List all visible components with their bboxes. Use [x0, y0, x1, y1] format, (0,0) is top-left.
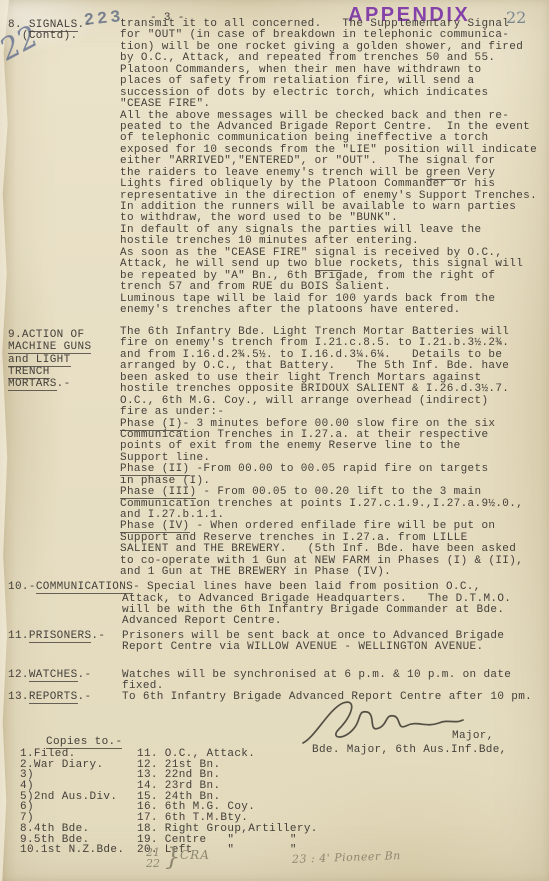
text-line: 10.1st N.Z.Bde. [20, 845, 124, 856]
text-line: MACHINE GUNS [8, 341, 91, 353]
text-line: 2.War Diary. [20, 760, 124, 771]
text-line: Report Centre via WILLOW AVENUE - WELLIN… [122, 642, 504, 653]
text-line: enemy's trenches after the platoons have… [120, 305, 537, 316]
text-line: Advanced Report Centre. [122, 616, 511, 627]
text-line: TRENCH [8, 366, 91, 378]
signature-title: Bde. Major, 6th Aus.Inf.Bde, [312, 744, 507, 756]
section-11-body: Prisoners will be sent back at once to A… [122, 631, 504, 654]
section-9-body: The 6th Infantry Bde. Light Trench Morta… [120, 327, 523, 579]
text-line: 8.4th Bde. [20, 824, 124, 835]
section-12-body: Watches will be synchronised at 6 p.m. &… [122, 670, 511, 693]
text-line: 5)2nd Aus.Div. [20, 792, 124, 803]
text-line: 11.PRISONERS.- [8, 631, 105, 642]
handwritten-22b: 22 [146, 858, 160, 869]
handwritten-brace: } [165, 843, 180, 871]
text-line: Phase (II) -From 00.00 to 00.05 rapid fi… [120, 464, 523, 475]
text-line: Attack, he will send up two blue rockets… [120, 259, 537, 270]
signature-rank: Major, [452, 730, 494, 742]
text-line: 13.REPORTS.- [8, 692, 91, 703]
text-line: Phase (III) - From 00.05 to 00.20 lift t… [120, 487, 523, 498]
text-line: 10.-COMMUNICATIONS- Special lines have b… [8, 582, 481, 593]
copies-left-column: 1.Filed.2.War Diary.3)4)5)2nd Aus.Div.6)… [20, 749, 124, 856]
text-line: hostile trenches opposite BRIDOUX SALIEN… [120, 384, 523, 395]
text-line: (Contd). [8, 31, 91, 42]
text-line: and 1 Gun at THE BREWERY in Phase (IV). [120, 567, 523, 578]
section-10-heading-line: 10.-COMMUNICATIONS- Special lines have b… [8, 582, 481, 593]
section-12-label: 12.WATCHES.- [8, 670, 91, 681]
handwritten-addendum-numbers: 21 22 [146, 847, 160, 869]
text-line: Watches will be synchronised at 6 p.m. &… [122, 670, 511, 681]
section-10-body: Attack, to Advanced Brigade Headquarters… [122, 594, 511, 628]
handwritten-pioneer-note: 23 : 4' Pioneer Bn [292, 849, 401, 866]
text-line: 18. Right Group,Artillery. [137, 824, 318, 835]
text-line: trench 57 and from RUE du BOIS Salient. [120, 282, 537, 293]
copies-heading: Copies to.- [46, 736, 122, 748]
text-line: 3) [20, 770, 124, 781]
text-line: and LIGHT [8, 354, 91, 366]
text-line: MORTARS.- [8, 378, 91, 390]
section-8-label: 8. SIGNALS.- (Contd). [8, 20, 91, 43]
text-line: places of safety from retaliation fire, … [120, 76, 537, 87]
handwritten-cra: CRA [180, 848, 210, 862]
section-9-label: 9.ACTION OFMACHINE GUNSand LIGHTTRENCHMO… [8, 329, 91, 390]
section-8-body: transmit it to all concerned. The Supple… [120, 19, 537, 316]
copies-right-column: 11. O.C., Attack.12. 21st Bn.13. 22nd Bn… [137, 749, 318, 856]
text-line: 9.ACTION OF [8, 329, 91, 341]
scanned-document-page: 223 22 - 3 - APPENDIX 22 8. SIGNALS.- (C… [0, 0, 549, 881]
text-line: 12.WATCHES.- [8, 670, 91, 681]
text-line: "CEASE FIRE". [120, 99, 537, 110]
text-line: 6) [20, 802, 124, 813]
section-11-label: 11.PRISONERS.- [8, 631, 105, 642]
text-line: Lights fired obliquely by the Platoon Co… [120, 179, 537, 190]
section-13-label: 13.REPORTS.- [8, 692, 91, 703]
